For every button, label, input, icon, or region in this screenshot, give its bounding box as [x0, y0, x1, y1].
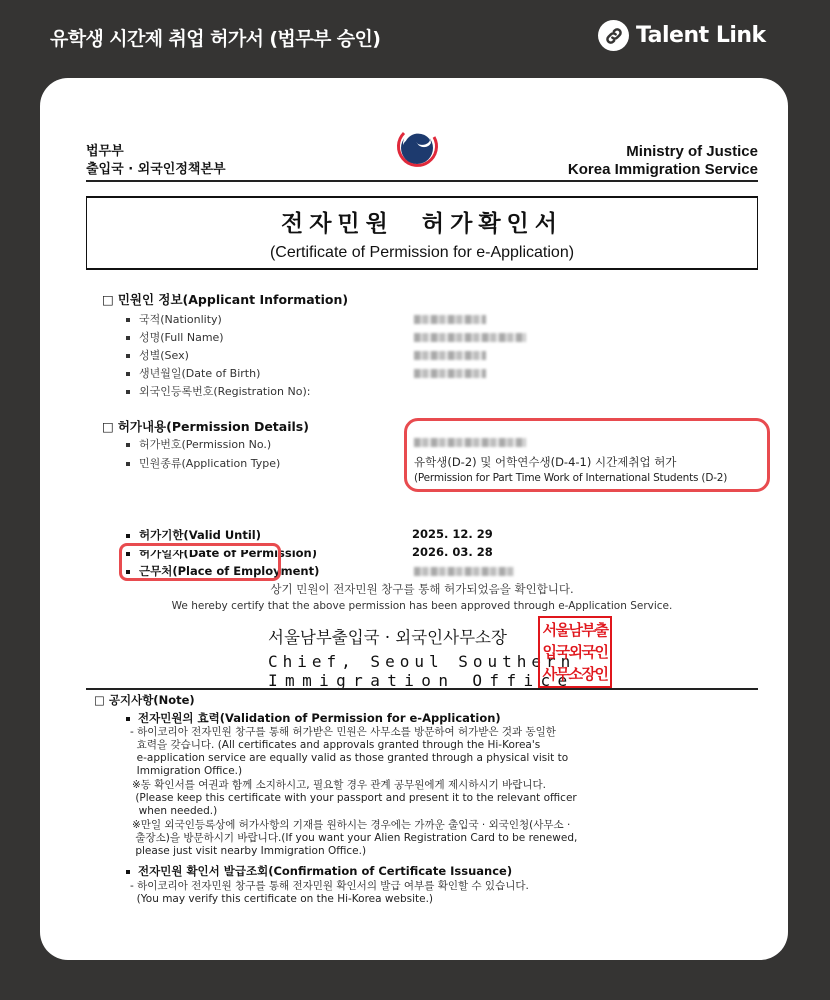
- certificate-card: 법무부 출입국 · 외국인정책본부 Ministry of Justice Ko…: [40, 78, 788, 960]
- field-date-of-permission-value: 2026. 03. 28: [412, 545, 493, 559]
- note-validation-title: 전자민원의 효력(Validation of Permission for e-…: [126, 710, 501, 726]
- certificate-title-box: 전자민원 허가확인서 (Certificate of Permission fo…: [86, 196, 758, 270]
- field-valid-until-value: 2025. 12. 29: [412, 527, 493, 541]
- field-application-type-label: 민원종류(Application Type): [126, 455, 280, 471]
- page-title: 유학생 시간제 취업 허가서 (법무부 승인): [50, 24, 380, 51]
- certify-statement-en: We hereby certify that the above permiss…: [86, 600, 758, 612]
- issuer-name-en-line1: Chief, Seoul Southern: [268, 652, 575, 671]
- org-right-line2: Korea Immigration Service: [568, 161, 758, 179]
- note-alien-registration: ※만일 외국인등록상에 허가사항의 기재를 원하시는 경우에는 가까운 출입국 …: [132, 819, 577, 858]
- org-left-line2: 출입국 · 외국인정책본부: [86, 161, 226, 179]
- note-keep-certificate: ※동 확인서를 여권과 함께 소지하시고, 필요할 경우 관계 공무원에게 제시…: [132, 779, 577, 818]
- field-sex-label: 성별(Sex): [126, 347, 189, 363]
- certificate-title-ko: 전자민원 허가확인서: [87, 205, 757, 238]
- applicant-section-heading: □민원인 정보(Applicant Information): [102, 290, 348, 308]
- certificate-title-en: (Certificate of Permission for e-Applica…: [87, 244, 757, 262]
- org-right-line1: Ministry of Justice: [568, 143, 758, 161]
- org-left-line1: 법무부: [86, 143, 226, 161]
- header-divider: [86, 180, 758, 182]
- korea-government-emblem-icon: [394, 123, 440, 169]
- field-place-of-employment-value-redacted: [414, 566, 514, 579]
- highlight-application-type: [404, 418, 770, 492]
- field-valid-until-label: 허가기한(Valid Until): [126, 527, 261, 543]
- highlight-place-of-employment: [119, 543, 281, 581]
- notes-heading: □공지사항(Note): [94, 692, 195, 708]
- link-chain-icon: [598, 20, 629, 51]
- field-nationality-label: 국적(Nationlity): [126, 311, 222, 327]
- note-confirmation-body: - 하이코리아 전자민원 창구를 통해 전자민원 확인서의 발급 여부를 확인할…: [130, 880, 529, 906]
- org-left: 법무부 출입국 · 외국인정책본부: [86, 143, 226, 179]
- field-permission-no-label: 허가번호(Permission No.): [126, 436, 271, 452]
- field-sex-value-redacted: [414, 350, 486, 363]
- field-dob-value-redacted: [414, 368, 486, 381]
- field-registration-label: 외국인등록번호(Registration No):: [126, 383, 310, 399]
- field-full-name-label: 성명(Full Name): [126, 329, 224, 345]
- note-validation-body: - 하이코리아 전자민원 창구를 통해 허가받은 민원은 사무소를 방문하여 허…: [130, 726, 568, 778]
- field-full-name-value-redacted: [414, 332, 526, 345]
- brand-name: Talent Link: [636, 23, 766, 48]
- field-nationality-value-redacted: [414, 314, 486, 327]
- issuer-name-ko: 서울남부출입국 · 외국인사무소장: [268, 624, 507, 648]
- note-confirmation-title: 전자민원 확인서 발급조회(Confirmation of Certificat…: [126, 863, 512, 879]
- official-seal: 서울남부출 입국외국인 사무소장인: [538, 616, 612, 688]
- permission-section-heading: □허가내용(Permission Details): [102, 417, 309, 435]
- org-right: Ministry of Justice Korea Immigration Se…: [568, 143, 758, 179]
- brand-logo: Talent Link: [598, 20, 766, 51]
- field-dob-label: 생년월일(Date of Birth): [126, 365, 260, 381]
- certify-statement-ko: 상기 민원이 전자민원 창구를 통해 허가되었음을 확인합니다.: [86, 581, 758, 597]
- notes-divider: [86, 688, 758, 690]
